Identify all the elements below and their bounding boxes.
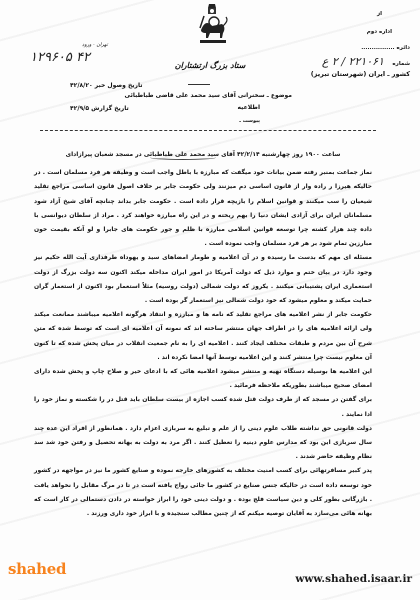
attachments-line: پیوست ـ (239, 118, 260, 124)
department-label: دائره ................ (361, 46, 410, 52)
body-paragraph-6: برای گفتن در مسجد که از طرف دولت قتل شده… (34, 393, 372, 421)
country-label: کشور ـ ایران (شهرستان تبریز) (311, 71, 410, 78)
body-paragraph-3: مسئله ای مهم که بدست ما رسیده و در آن اع… (34, 251, 372, 308)
section-divider (40, 130, 376, 131)
body-paragraph-8: پدر کبیر مسافرتهائی برای کسب امنیت مختلف… (34, 464, 372, 521)
document-body: ساعت ۱۹۰۰ روز چهارشنبه ۴۲/۲/۱۴ آقای سید … (34, 148, 372, 521)
body-paragraph-4: حکومت جابر از نشر اعلامیه های مراجع تقلی… (34, 308, 372, 365)
source-line: اطلاعیه (238, 104, 260, 111)
scanned-document-page: ستاد بزرگ ارتشتاران از اداره دوم دائره .… (0, 0, 420, 600)
received-date: تاریخ وصول خبر ۴۲/۸/۲۰ (70, 82, 143, 89)
report-date-label: تاریخ گزارش (91, 105, 129, 112)
body-paragraph-7: دولت قانونی حق نداشته طلاب علوم دینی را … (34, 422, 372, 465)
shahed-logo: shahed (8, 560, 66, 578)
handwritten-underline (150, 155, 216, 160)
received-date-value: ۴۲/۸/۲۰ (70, 82, 93, 89)
handwritten-note: تهران - ورود (82, 42, 108, 48)
lion-and-sun-emblem-icon (192, 2, 232, 46)
body-paragraph-2: نماز جماعت بمنبر رفته ضمن بیانات خود میگ… (34, 166, 372, 251)
received-date-label: تاریخ وصول خبر (95, 82, 143, 89)
number-label: شماره (392, 62, 410, 68)
handwritten-number: ۱۲۹۶۰۵ ۴۲ (30, 50, 90, 65)
from-label: از (377, 12, 382, 18)
report-date-value: ۴۲/۹/۵ (70, 105, 89, 112)
body-paragraph-5: این اعلامیه ها بوسیله دستگاه تهیه و منتش… (34, 365, 372, 393)
website-url[interactable]: www.shahed.isaar.ir (295, 573, 412, 585)
office-label: اداره دوم (367, 30, 392, 36)
header-rule (188, 84, 210, 85)
subject-line: موضوع ـ سخنرانی آقای سید محمد علی قاضی ط… (125, 92, 292, 99)
report-date: تاریخ گزارش ۴۲/۹/۵ (70, 105, 129, 112)
document-number: ۲۲۱۰۶۱ / ۲ ع (322, 56, 384, 67)
organization-name: ستاد بزرگ ارتشتاران (150, 60, 270, 70)
